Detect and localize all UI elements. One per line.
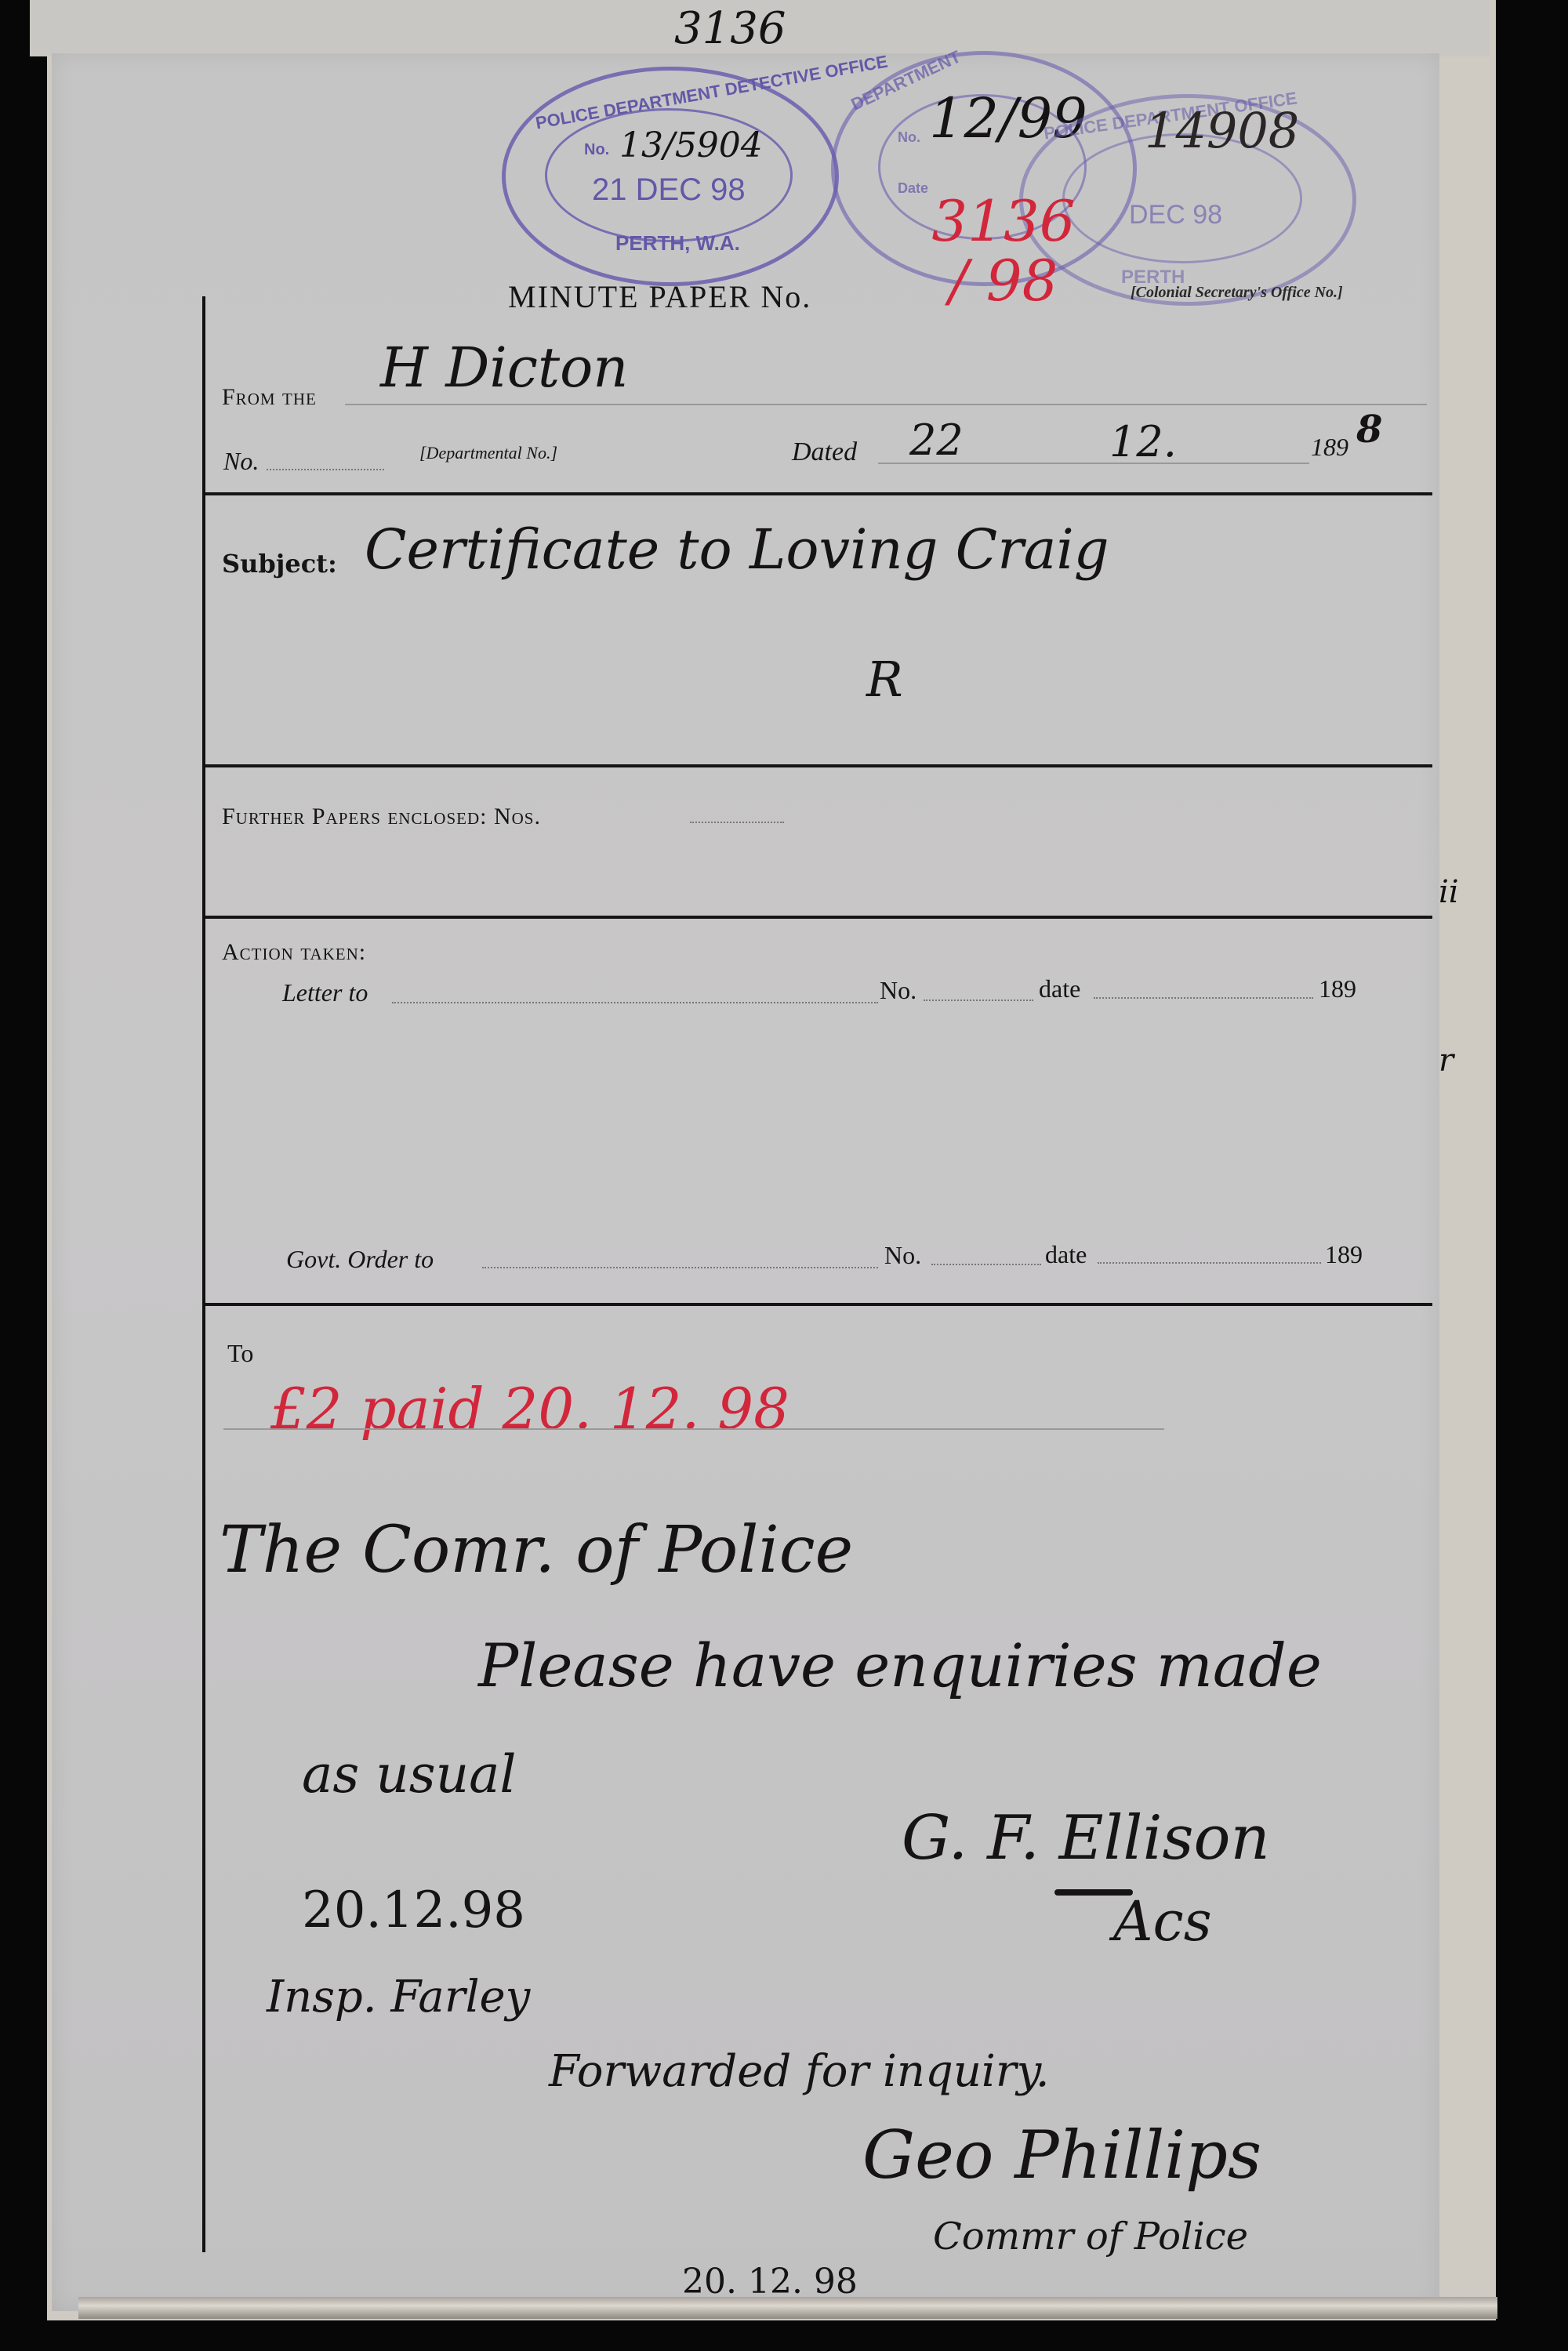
- letter-year: 189: [1319, 974, 1356, 1003]
- payment-note: £2 paid 20. 12. 98: [270, 1376, 789, 1442]
- signature-ellison-title: Acs: [1113, 1889, 1212, 1954]
- govt-date-label: date: [1045, 1240, 1087, 1269]
- stamp3-date: DEC 98: [1129, 200, 1222, 230]
- colonial-office-label: [Colonial Secretary's Office No.]: [1131, 284, 1343, 302]
- from-line: [345, 404, 1427, 405]
- stamp1-number: 13/5904: [619, 125, 763, 165]
- subject-label: Subject:: [222, 549, 337, 579]
- rule-after-action-taken: [205, 1303, 1432, 1306]
- dated-month: 12.: [1109, 417, 1177, 466]
- rule-after-from: [205, 492, 1432, 495]
- govt-date-line: [1098, 1262, 1321, 1264]
- signature-ellison: G. F. Ellison: [902, 1803, 1270, 1874]
- to-label: To: [227, 1339, 253, 1368]
- stamp1-ring-bottom: PERTH, W.A.: [615, 231, 740, 256]
- rule-after-subject: [205, 764, 1432, 767]
- rule-after-further-papers: [205, 916, 1432, 919]
- date-second-minute: 20. 12. 98: [682, 2262, 858, 2302]
- stamp1-date: 21 DEC 98: [592, 172, 746, 208]
- letter-to-line: [392, 1002, 878, 1003]
- letter-date-label: date: [1039, 974, 1080, 1003]
- further-papers-line: [690, 822, 784, 823]
- stamp3-number: 14908: [1145, 102, 1299, 159]
- letter-date-line: [1094, 997, 1313, 999]
- signature-phillips: Geo Phillips: [862, 2117, 1261, 2193]
- stamp2-number-label: No.: [898, 129, 920, 146]
- govt-no-label: No.: [884, 1241, 921, 1270]
- govt-order-line: [482, 1267, 878, 1268]
- forwarded-note: Forwarded for inquiry.: [549, 2046, 1050, 2097]
- govt-order-label: Govt. Order to: [286, 1245, 434, 1274]
- minute-paper-number-red: 3136 / 98: [917, 192, 1090, 310]
- referral-inspector: Insp. Farley: [267, 1972, 530, 2023]
- date-first-minute: 20.12.98: [302, 1881, 525, 1939]
- letter-to-label: Letter to: [282, 978, 368, 1007]
- further-papers-label: Further Papers enclosed: Nos.: [222, 804, 541, 830]
- departmental-no-line: [267, 469, 384, 470]
- dated-day: 22: [909, 415, 964, 465]
- margin-note-2: r: [1439, 1043, 1454, 1079]
- from-value: H Dicton: [380, 336, 628, 400]
- dated-label: Dated: [792, 437, 857, 467]
- instruction-continued: as usual: [302, 1744, 517, 1805]
- stamp1-number-label: No.: [584, 141, 609, 159]
- to-line: [223, 1428, 1164, 1430]
- from-label: From the: [222, 384, 317, 411]
- departmental-dept-label: [Departmental No.]: [419, 443, 557, 463]
- departmental-no-label: No.: [223, 447, 259, 476]
- instruction-line: Please have enquiries made: [478, 1631, 1322, 1700]
- dated-line: [878, 463, 1309, 464]
- signature-phillips-title: Commr of Police: [933, 2215, 1248, 2258]
- dated-year-suffix: 8: [1356, 408, 1382, 452]
- minute-paper-title: MINUTE PAPER No.: [508, 278, 811, 315]
- addressee-line: The Comr. of Police: [220, 1513, 853, 1587]
- govt-no-line: [931, 1264, 1041, 1265]
- left-margin-rule: [202, 296, 205, 2252]
- subject-value: Certificate to Loving Craig: [365, 517, 1109, 582]
- action-taken-label: Action taken:: [222, 939, 366, 966]
- letter-no-line: [924, 1000, 1033, 1001]
- letter-no-label: No.: [880, 976, 916, 1005]
- dated-year-prefix: 189: [1311, 433, 1348, 462]
- govt-year: 189: [1325, 1240, 1363, 1269]
- margin-note-1: ii: [1439, 874, 1459, 910]
- top-handwritten-number: 3136: [674, 3, 786, 54]
- subject-initial: R: [866, 651, 903, 708]
